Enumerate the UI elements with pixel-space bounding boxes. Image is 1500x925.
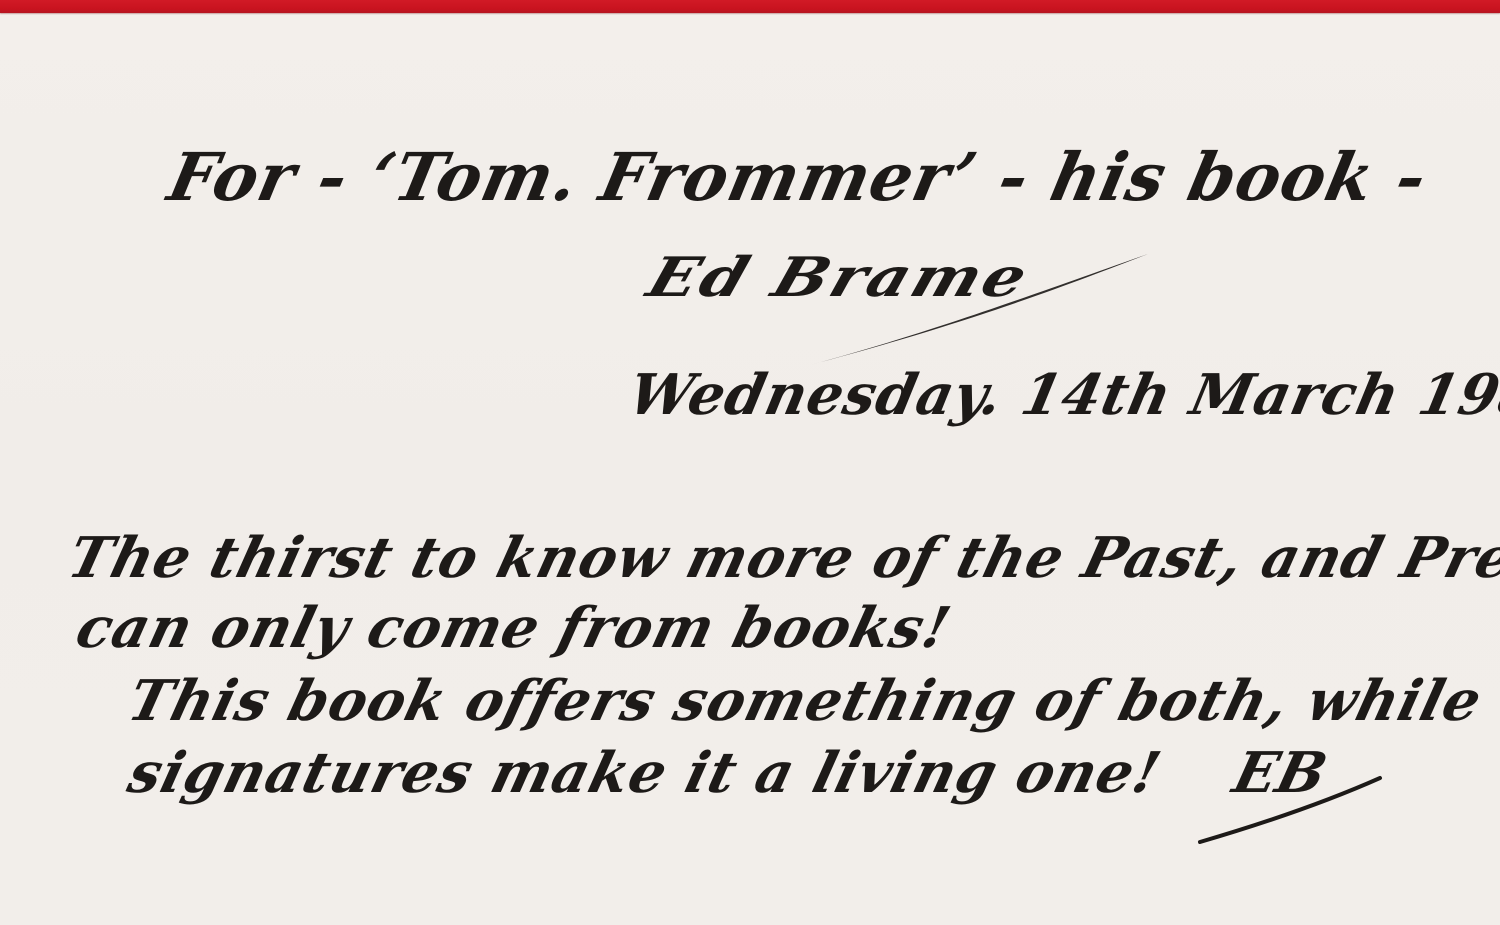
inscription-page: For - ‘Tom. Frommer’ - his book - Ed Bra…	[0, 0, 1500, 925]
body-line-1: The thirst to know more of the Past, and…	[62, 525, 1500, 591]
date-line: Wednesday. 14th March 1984.	[623, 362, 1500, 428]
signature-flourish-icon	[800, 240, 1160, 370]
body-line-3: This book offers something of both, whil…	[122, 668, 1500, 734]
initials-underline-icon	[1195, 770, 1385, 850]
body-line-4: signatures make it a living one!	[122, 740, 1168, 806]
red-border-band	[0, 0, 1500, 13]
body-line-2: can only come from books!	[70, 595, 958, 661]
dedication-line: For - ‘Tom. Frommer’ - his book -	[162, 138, 1434, 216]
